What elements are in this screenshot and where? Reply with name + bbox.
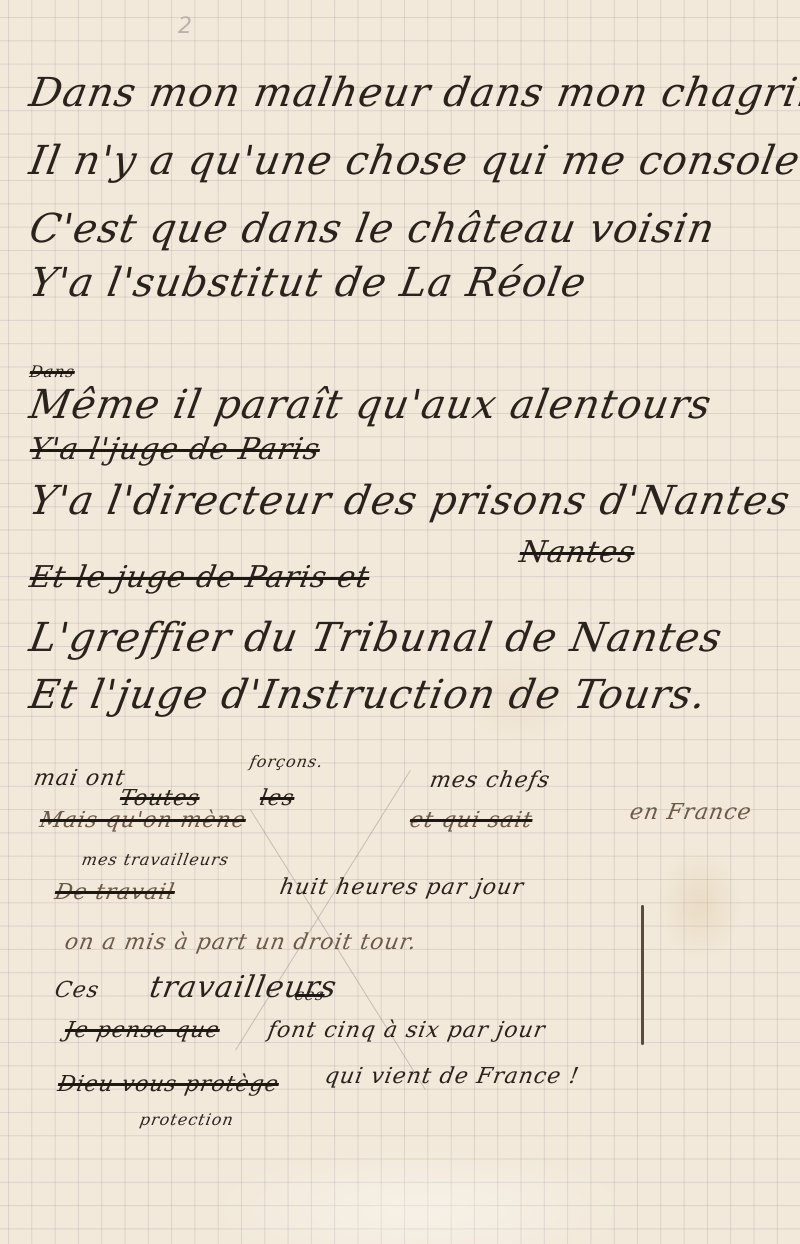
draft-struck: et qui sait (408, 808, 535, 833)
verse-line-7: Y'a l'directeur des prisons d'Nantes (26, 478, 794, 524)
draft-line: qui vient de France ! (323, 1064, 582, 1089)
draft-line: huit heures par jour (278, 875, 526, 900)
draft-struck: ces (293, 985, 326, 1004)
page-number: 2 (178, 14, 193, 39)
draft-struck: les (258, 786, 297, 811)
draft-struck: De travail (53, 880, 177, 905)
verse-line-2: Il n'y a qu'une chose qui me console (26, 138, 800, 184)
draft-insert: mes chefs (428, 768, 553, 793)
draft-insert: protection (138, 1110, 235, 1129)
verse-line-5: Même il paraît qu'aux alentours (26, 382, 715, 428)
draft-line: Ces (53, 978, 102, 1003)
margin-vertical-mark (641, 905, 644, 1045)
verse-line-9: L'greffier du Tribunal de Nantes (26, 615, 726, 661)
verse-line-6-struck: Y'a l'juge de Paris (27, 432, 323, 467)
draft-struck: Mais qu'on mène (38, 808, 248, 833)
struck-word: Dans (28, 362, 76, 381)
draft-line: en France (628, 800, 754, 825)
verse-line-4: Y'a l'substitut de La Réole (26, 260, 590, 306)
pencil-diagonal-mark (235, 770, 411, 1050)
draft-insert: mes travailleurs (80, 850, 230, 869)
draft-line: on a mis à part un droit tour. (63, 930, 419, 955)
verse-line-8-struck: Et le juge de Paris et (27, 560, 373, 595)
draft-line: font cinq à six par jour (266, 1018, 548, 1043)
verse-line-1: Dans mon malheur dans mon chagrin (26, 70, 800, 116)
verse-line-3: C'est que dans le château voisin (26, 206, 719, 252)
draft-struck: Je pense que (63, 1018, 222, 1043)
draft-insert: mai ont (32, 766, 128, 791)
manuscript-page: 2 Dans mon malheur dans mon chagrin Il n… (0, 0, 800, 1244)
verse-line-10: Et l'juge d'Instruction de Tours. (26, 672, 710, 718)
draft-insert: forçons. (248, 752, 325, 771)
verse-line-8-struck-tail: Nantes (517, 535, 638, 570)
draft-struck: Dieu vous protège (56, 1072, 281, 1097)
